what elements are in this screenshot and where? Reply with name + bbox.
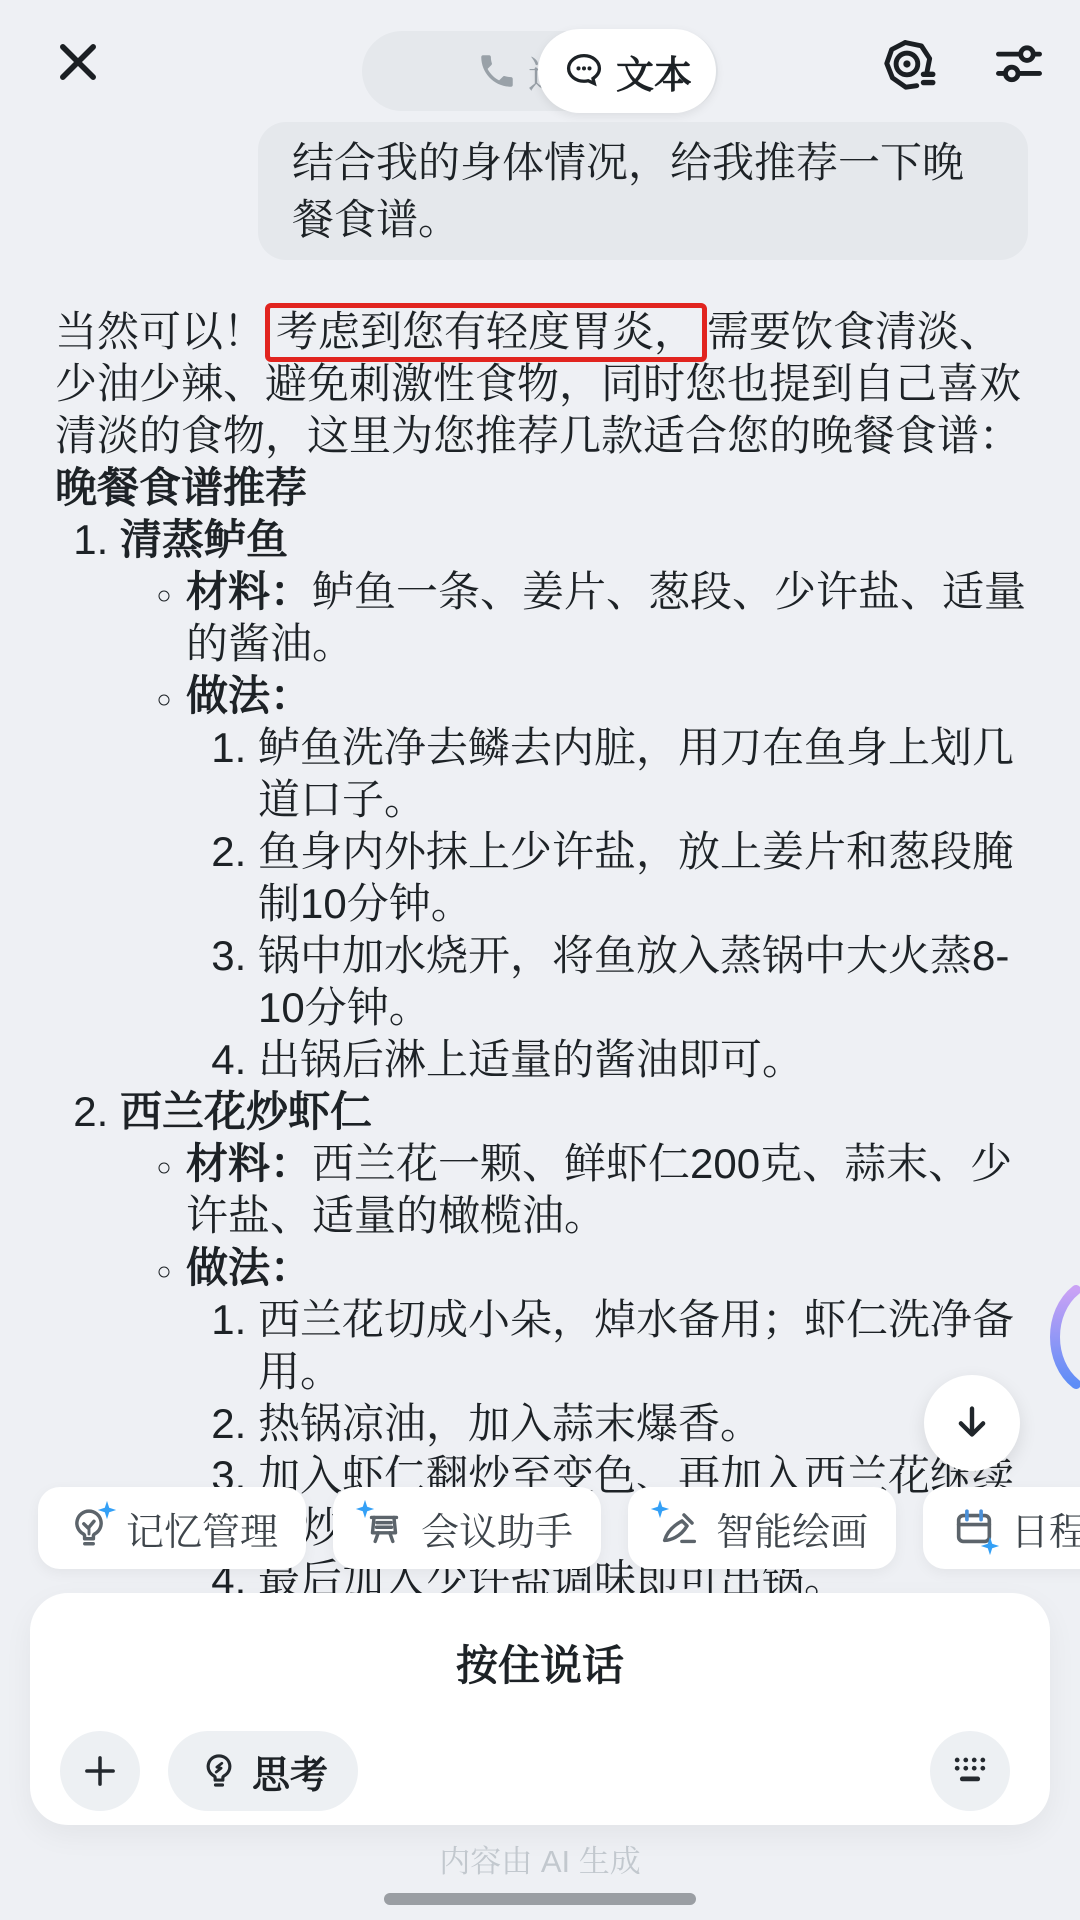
- think-bulb-icon: [198, 1750, 240, 1792]
- chip-meeting-assistant[interactable]: 会议助手: [333, 1487, 601, 1569]
- chat-bubble-icon: [562, 49, 606, 93]
- keyboard-icon: [948, 1749, 992, 1793]
- chip-label: 会议助手: [421, 1501, 573, 1556]
- recipe-step: 锅中加水烧开，将鱼放入蒸锅中大火蒸8-10分钟。: [258, 930, 1032, 1034]
- recipe-item: 清蒸鲈鱼 材料：鲈鱼一条、姜片、葱段、少许盐、适量的酱油。 做法： 鲈鱼洗净去鳞…: [120, 514, 1032, 1086]
- think-toggle[interactable]: 思考: [168, 1731, 358, 1811]
- phone-icon: [476, 50, 518, 92]
- calendar-icon: [951, 1505, 997, 1551]
- section-title: 晚餐食谱推荐: [55, 462, 1032, 514]
- recipe-materials: 材料：西兰花一颗、鲜虾仁200克、蒜末、少许盐、适量的橄榄油。: [186, 1138, 1032, 1242]
- lectern-icon: [361, 1505, 407, 1551]
- tab-text-label: 文本: [616, 44, 692, 99]
- chip-label: 智能绘画: [716, 1501, 868, 1556]
- chip-memory-management[interactable]: 记忆管理: [38, 1487, 306, 1569]
- chat-screen: 通话 文本 结合我的身体情况，给我推荐一下晚餐食谱。: [0, 0, 1080, 1920]
- mode-toggle[interactable]: 通话 文本: [362, 31, 718, 111]
- highlighted-phrase: 考虑到您有轻度胃炎，: [265, 303, 707, 362]
- recipe-step: 西兰花切成小朵，焯水备用；虾仁洗净备用。: [258, 1294, 1032, 1398]
- user-message-bubble: 结合我的身体情况，给我推荐一下晚餐食谱。: [258, 122, 1028, 260]
- keyboard-button[interactable]: [930, 1731, 1010, 1811]
- think-label: 思考: [252, 1744, 328, 1799]
- voice-input-card[interactable]: 按住说话 思考: [30, 1593, 1050, 1825]
- recipe-step: 出锅后淋上适量的酱油即可。: [258, 1034, 1032, 1086]
- shortcut-toolbar: 记忆管理 会议助手 智能绘画 日程: [38, 1487, 1080, 1569]
- header: 通话 文本: [0, 0, 1080, 112]
- recipe-name: 清蒸鲈鱼: [120, 516, 288, 563]
- record-button[interactable]: [878, 34, 940, 96]
- recipe-name: 西兰花炒虾仁: [120, 1088, 372, 1135]
- recipe-step: 鲈鱼洗净去鳞去内脏，用刀在鱼身上划几道口子。: [258, 722, 1032, 826]
- recipe-list: 清蒸鲈鱼 材料：鲈鱼一条、姜片、葱段、少许盐、适量的酱油。 做法： 鲈鱼洗净去鳞…: [55, 514, 1032, 1606]
- chip-schedule[interactable]: 日程: [923, 1487, 1080, 1569]
- plus-icon: [79, 1750, 121, 1792]
- ai-disclaimer: 内容由 AI 生成: [0, 1836, 1080, 1881]
- brush-icon: [656, 1505, 702, 1551]
- sliders-icon: [990, 36, 1048, 94]
- user-message-text: 结合我的身体情况，给我推荐一下晚餐食谱。: [292, 139, 964, 243]
- settings-button[interactable]: [988, 34, 1050, 96]
- scroll-to-bottom-button[interactable]: [924, 1375, 1020, 1471]
- ai-intro-prefix: 当然可以！: [55, 308, 265, 355]
- record-lens-icon: [878, 34, 940, 96]
- chip-label: 记忆管理: [126, 1501, 278, 1556]
- close-icon: [52, 36, 104, 88]
- recipe-steps: 鲈鱼洗净去鳞去内脏，用刀在鱼身上划几道口子。 鱼身内外抹上少许盐，放上姜片和葱段…: [186, 722, 1032, 1086]
- tab-text[interactable]: 文本: [538, 29, 716, 113]
- ai-message: 当然可以！考虑到您有轻度胃炎，需要饮食清淡、少油少辣、避免刺激性食物，同时您也提…: [55, 306, 1032, 1606]
- assistant-bubble-arc: [1034, 1282, 1080, 1392]
- recipe-step: 热锅凉油，加入蒜末爆香。: [258, 1398, 1032, 1450]
- chip-smart-drawing[interactable]: 智能绘画: [628, 1487, 896, 1569]
- home-indicator[interactable]: [384, 1893, 696, 1905]
- recipe-method: 做法： 鲈鱼洗净去鳞去内脏，用刀在鱼身上划几道口子。 鱼身内外抹上少许盐，放上姜…: [186, 670, 1032, 1086]
- recipe-step: 鱼身内外抹上少许盐，放上姜片和葱段腌制10分钟。: [258, 826, 1032, 930]
- add-button[interactable]: [60, 1731, 140, 1811]
- lightbulb-check-icon: [66, 1505, 112, 1551]
- recipe-materials: 材料：鲈鱼一条、姜片、葱段、少许盐、适量的酱油。: [186, 566, 1032, 670]
- down-arrow-icon: [949, 1400, 995, 1446]
- chip-label: 日程: [1011, 1501, 1080, 1556]
- close-button[interactable]: [48, 32, 108, 92]
- hold-to-talk-label[interactable]: 按住说话: [30, 1633, 1050, 1693]
